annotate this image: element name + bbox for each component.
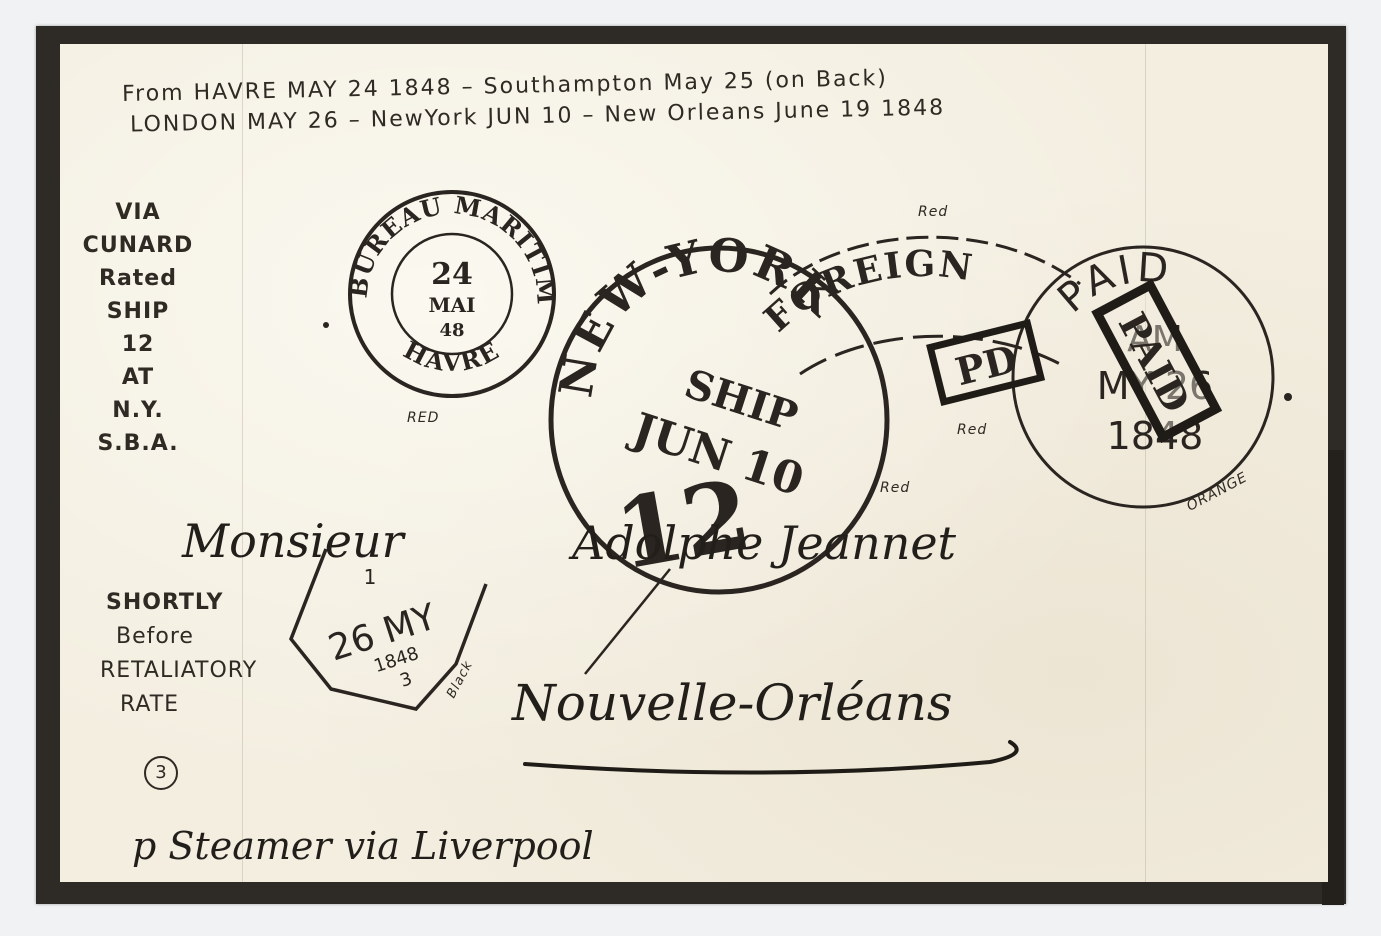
color-note: Red — [957, 422, 987, 438]
side-note-line: SHIP — [78, 295, 198, 328]
address-name: Adolphe Jeannet — [572, 516, 956, 570]
postmark-octagon-26-my: 1 26 MY 1848 3 — [286, 544, 496, 724]
svg-text:1: 1 — [364, 565, 377, 589]
side-note-via-cunard: VIA CUNARD Rated SHIP 12 AT N.Y. S.B.A. — [78, 196, 198, 460]
routing-instruction: p Steamer via Liverpool — [132, 824, 594, 868]
ink-dot — [323, 322, 329, 328]
color-note: Red — [880, 480, 910, 496]
side-note-retaliatory-rate: SHORTLY Before RETALIATORY RATE — [100, 586, 257, 722]
pen-stroke — [560, 564, 680, 684]
circled-number-value: 3 — [155, 762, 166, 783]
svg-text:24: 24 — [431, 257, 473, 292]
side-note-line: Rated — [78, 262, 198, 295]
svg-text:HAVRE: HAVRE — [399, 335, 505, 377]
letter-cover: From HAVRE MAY 24 1848 – Southampton May… — [60, 44, 1328, 882]
side-note-line: AT — [78, 361, 198, 394]
side-note-line: SHORTLY — [106, 586, 257, 620]
color-note: Red — [918, 204, 948, 220]
side-note-line: CUNARD — [78, 229, 198, 262]
fold-line — [242, 44, 243, 882]
postmark-bureau-maritime-havre: BUREAU MARITIME HAVRE 24 MAI 48 — [342, 184, 562, 404]
side-note-line: RETALIATORY — [100, 654, 257, 688]
side-note-line: 12 — [78, 328, 198, 361]
side-note-line: VIA — [78, 196, 198, 229]
color-note: RED — [407, 410, 439, 426]
svg-text:3: 3 — [397, 668, 414, 692]
side-note-line: N.Y. — [78, 394, 198, 427]
circled-number: 3 — [144, 756, 178, 790]
side-note-line: Before — [116, 620, 257, 654]
side-note-line: RATE — [120, 688, 257, 722]
side-note-line: S.B.A. — [78, 427, 198, 460]
address-salutation: Monsieur — [182, 514, 404, 568]
svg-text:48: 48 — [439, 320, 464, 341]
postmark-pd: PD — [928, 324, 1048, 404]
svg-text:MAI: MAI — [428, 293, 475, 317]
address-underline-flourish — [520, 734, 1040, 784]
